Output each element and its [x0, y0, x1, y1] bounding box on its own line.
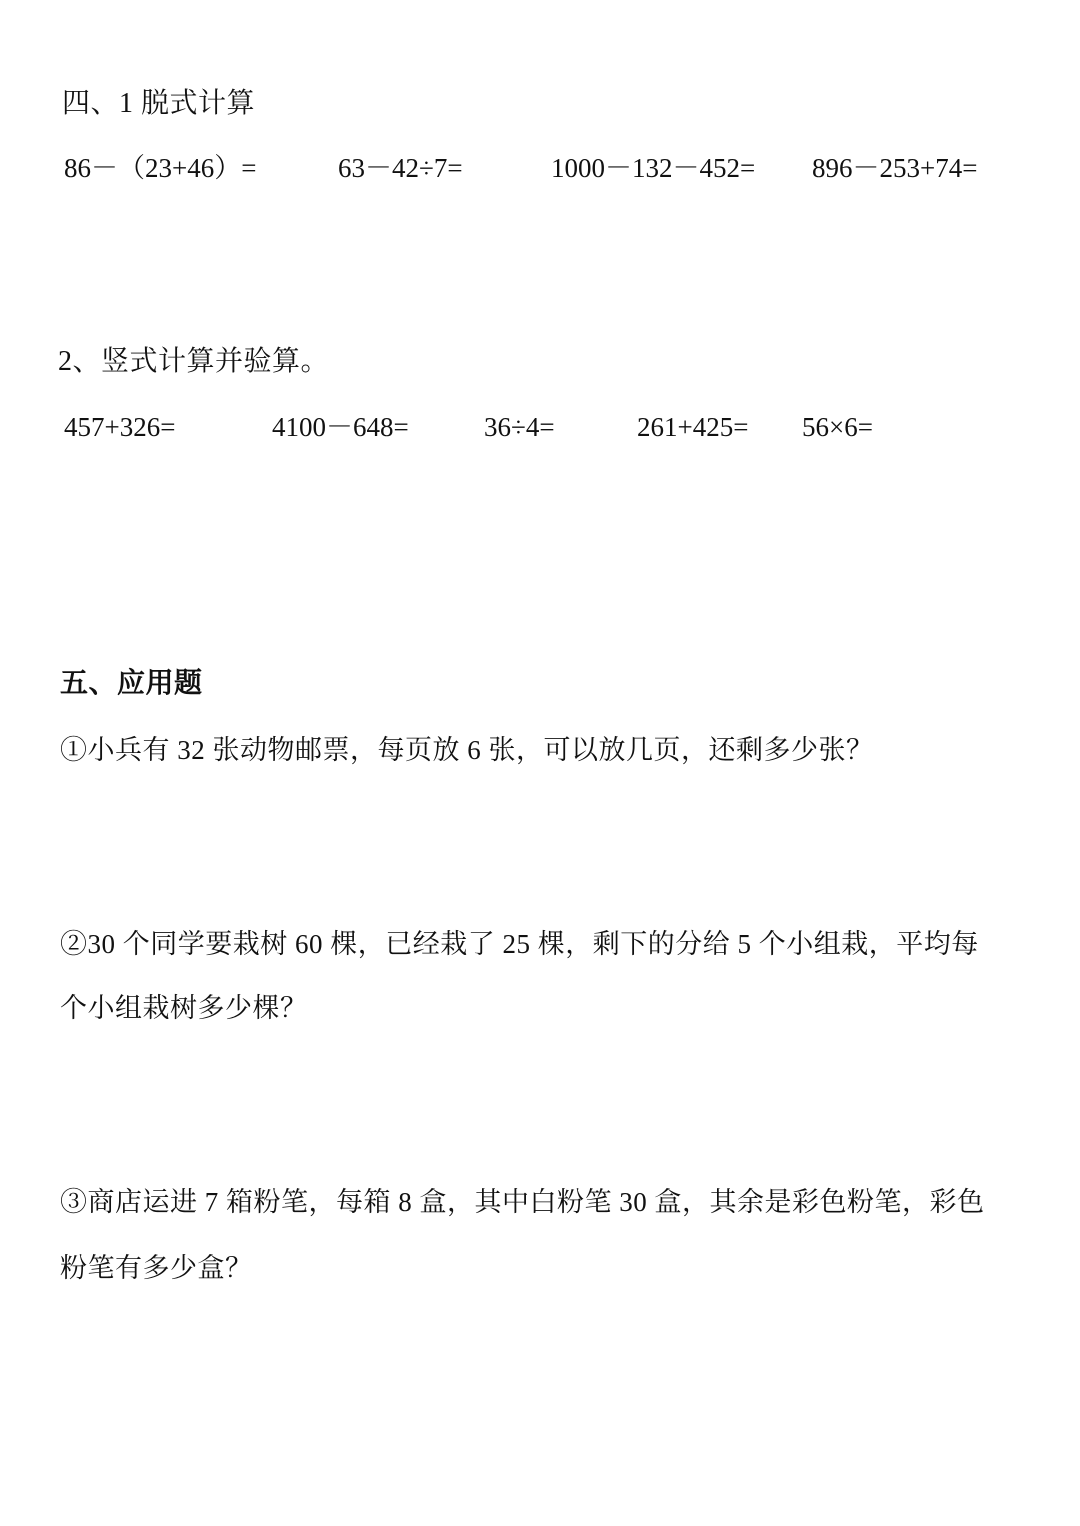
expression: 896－253+74= [812, 150, 977, 186]
problem-text: 粉笔有多少盒？ [60, 1250, 253, 1286]
expression: 457+326= [64, 409, 175, 445]
section-4-part-1-title: 四、1 脱式计算 [62, 86, 255, 122]
section-5-title: 五、应用题 [60, 666, 203, 702]
problem-text: ③商店运进 7 箱粉笔，每箱 8 盒，其中白粉笔 30 盒，其余是彩色粉笔，彩色 [60, 1184, 985, 1220]
section-4-part-2-title: 2、竖式计算并验算。 [58, 344, 329, 380]
expression: 86－（23+46）= [64, 150, 256, 186]
expression: 261+425= [637, 409, 748, 445]
problem-text: 个小组栽树多少棵？ [60, 990, 308, 1026]
expression: 36÷4= [484, 409, 555, 445]
problem-text: ①小兵有 32 张动物邮票，每页放 6 张，可以放几页，还剩多少张？ [60, 732, 874, 768]
expression: 1000－132－452= [551, 150, 755, 186]
problem-text: ②30 个同学要栽树 60 棵，已经栽了 25 棵，剩下的分给 5 个小组栽，平… [60, 926, 979, 962]
expression: 63－42÷7= [338, 150, 463, 186]
expression: 4100－648= [272, 409, 409, 445]
expression: 56×6= [802, 409, 873, 445]
